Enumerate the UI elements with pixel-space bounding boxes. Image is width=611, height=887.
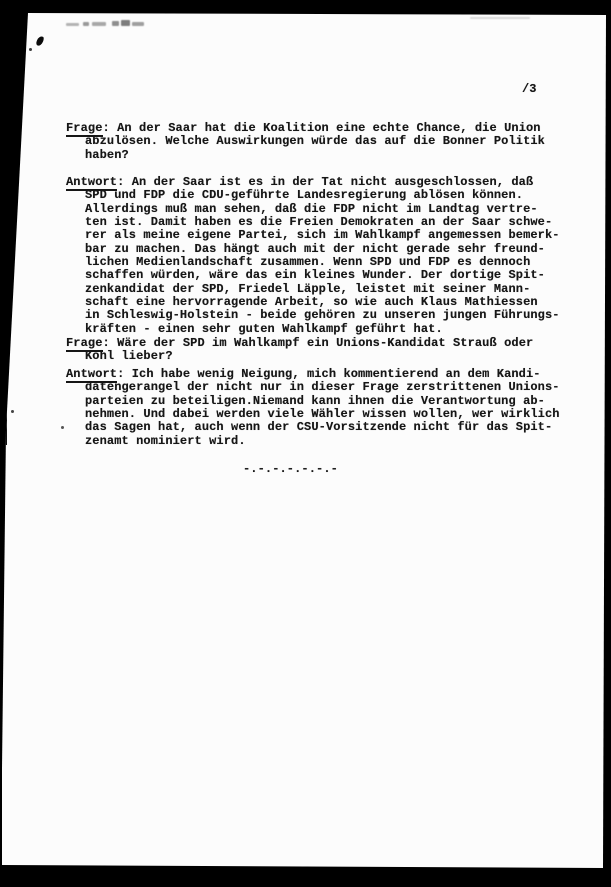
qa-line: das Sagen hat, auch wenn der CSU-Vorsitz… (85, 421, 560, 434)
qa-paragraph-question-2: Frage: Wäre der SPD im Wahlkampf ein Uni… (66, 337, 533, 364)
qa-line: Frage: An der Saar hat die Koalition ein… (66, 122, 545, 135)
qa-line: kräften - einen sehr guten Wahlkampf gef… (85, 323, 560, 336)
scanned-document-canvas: /3 Frage: An der Saar hat die Koalition … (0, 0, 611, 887)
qa-text: An der Saar ist es in der Tat nicht ausg… (124, 175, 533, 189)
scan-smudge (83, 22, 89, 26)
qa-line: Kohl lieber? (85, 350, 533, 363)
scan-edge-line (4, 378, 7, 445)
qa-line: Frage: Wäre der SPD im Wahlkampf ein Uni… (66, 337, 533, 350)
scan-smudge (66, 23, 79, 26)
qa-line: SPD und FDP die CDU-geführte Landesregie… (85, 189, 560, 202)
qa-line: schaft eine hervorragende Arbeit, so wie… (85, 296, 560, 309)
qa-text: An der Saar hat die Koalition eine echte… (110, 121, 541, 135)
scan-smudge (132, 22, 144, 26)
qa-line: datengerangel der nicht nur in dieser Fr… (85, 381, 560, 394)
qa-line: nehmen. Und dabei werden viele Wähler wi… (85, 408, 560, 421)
scan-smudge (470, 17, 530, 19)
label-colon: : (103, 336, 110, 350)
scan-smudge (112, 21, 119, 26)
qa-text: Wäre der SPD im Wahlkampf ein Unions-Kan… (110, 336, 533, 350)
scan-ink-mark (35, 35, 44, 47)
qa-line: schaffen würden, wäre das ein kleines Wu… (85, 269, 560, 282)
qa-line: Antwort: An der Saar ist es in der Tat n… (66, 176, 560, 189)
qa-paragraph-answer-1: Antwort: An der Saar ist es in der Tat n… (66, 176, 560, 336)
scan-speck (11, 410, 14, 413)
qa-line: abzulösen. Welche Auswirkungen würde das… (85, 135, 545, 148)
qa-paragraph-answer-2: Antwort: Ich habe wenig Neigung, mich ko… (66, 368, 560, 448)
qa-line: zenamt nominiert wird. (85, 435, 560, 448)
qa-line: bar zu machen. Das hängt auch mit der ni… (85, 243, 560, 256)
label-colon: : (103, 121, 110, 135)
section-divider: -.-.-.-.-.-.- (243, 463, 338, 476)
page-number: /3 (522, 83, 536, 96)
qa-text: Ich habe wenig Neigung, mich kommentiere… (124, 367, 540, 381)
qa-line: parteien zu beteiligen.Niemand kann ihne… (85, 395, 560, 408)
qa-line: Allerdings muß man sehen, daß die FDP ni… (85, 203, 560, 216)
scan-smudge (121, 20, 130, 26)
qa-line: Antwort: Ich habe wenig Neigung, mich ko… (66, 368, 560, 381)
qa-paragraph-question-1: Frage: An der Saar hat die Koalition ein… (66, 122, 545, 162)
qa-line: in Schleswig-Holstein - beide gehören zu… (85, 309, 560, 322)
qa-line: lichen Medienlandschaft zusammen. Wenn S… (85, 256, 560, 269)
scan-speck (61, 426, 64, 429)
qa-line: zenkandidat der SPD, Friedel Läpple, lei… (85, 283, 560, 296)
scan-speck (29, 48, 32, 51)
qa-line: ten ist. Damit haben es die Freien Demok… (85, 216, 560, 229)
qa-line: haben? (85, 149, 545, 162)
scan-smudge (92, 22, 106, 26)
qa-line: rer als meine eigene Partei, sich im Wah… (85, 229, 560, 242)
document-page: /3 Frage: An der Saar hat die Koalition … (0, 0, 611, 887)
